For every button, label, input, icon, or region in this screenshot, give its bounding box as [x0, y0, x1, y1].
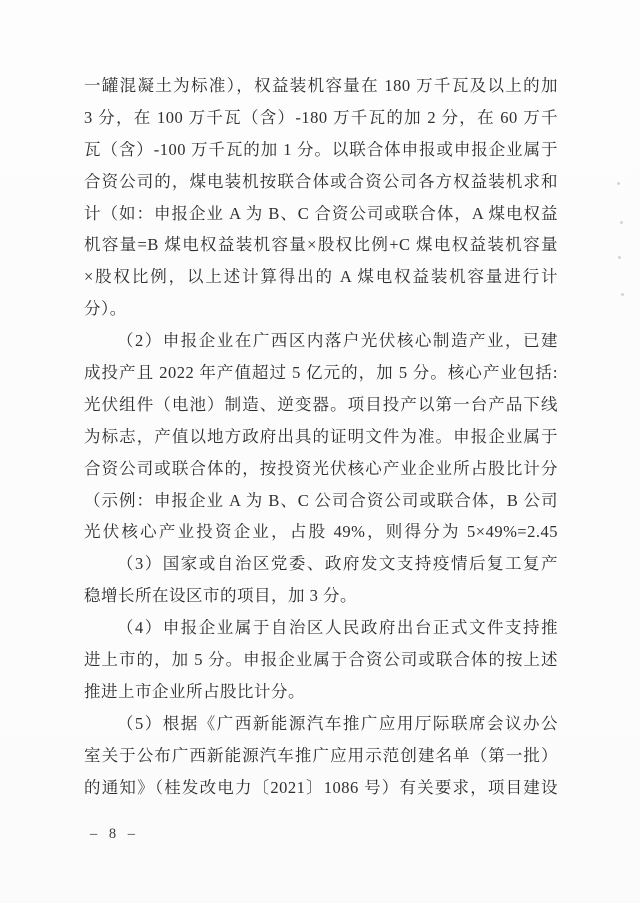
document-line: 合资公司的，煤电装机按联合体或合资公司各方权益装机求和: [84, 166, 558, 198]
document-line: （4）申报企业属于自治区人民政府出台正式文件支持推: [84, 612, 558, 644]
document-line: 成投产且 2022 年产值超过 5 亿元的，加 5 分。核心产业包括:: [84, 357, 558, 389]
document-line: 室关于公布广西新能源汽车推广应用示范创建名单（第一批）: [84, 740, 558, 772]
document-line: （示例：申报企业 A 为 B、C 公司合资公司或联合体，B 公司为: [84, 485, 558, 517]
document-line: （5）根据《广西新能源汽车推广应用厅际联席会议办公: [84, 708, 558, 740]
paragraph: （2）申报企业在广西区内落户光伏核心制造产业，已建成投产且 2022 年产值超过…: [84, 325, 558, 548]
paragraph: （5）根据《广西新能源汽车推广应用厅际联席会议办公室关于公布广西新能源汽车推广应…: [84, 708, 558, 804]
text-block: 一罐混凝土为标准），权益装机容量在 180 万千瓦及以上的加3 分，在 100 …: [84, 70, 558, 803]
scanned-document-page: 一罐混凝土为标准），权益装机容量在 180 万千瓦及以上的加3 分，在 100 …: [0, 0, 640, 903]
paragraph: 一罐混凝土为标准），权益装机容量在 180 万千瓦及以上的加3 分，在 100 …: [84, 70, 558, 325]
document-line: 光伏组件（电池）制造、逆变器。项目投产以第一台产品下线: [84, 389, 558, 421]
document-line: 合资公司或联合体的，按投资光伏核心产业企业所占股比计分: [84, 453, 558, 485]
document-line: 机容量=B 煤电权益装机容量×股权比例+C 煤电权益装机容量: [84, 229, 558, 261]
scan-speck: [621, 293, 624, 296]
document-line: 进上市的，加 5 分。申报企业属于合资公司或联合体的按上述: [84, 644, 558, 676]
document-line: 3 分，在 100 万千瓦（含）-180 万千瓦的加 2 分，在 60 万千: [84, 102, 558, 134]
paragraph: （3）国家或自治区党委、政府发文支持疫情后复工复产稳增长所在设区市的项目，加 3…: [84, 548, 558, 612]
document-line: 稳增长所在设区市的项目，加 3 分。: [84, 580, 558, 612]
document-line: 光伏核心产业投资企业，占股 49%，则得分为 5×49%=2.45 分）。: [84, 516, 558, 548]
document-line: （2）申报企业在广西区内落户光伏核心制造产业，已建: [84, 325, 558, 357]
document-line: 为标志，产值以地方政府出具的证明文件为准。申报企业属于: [84, 421, 558, 453]
scan-speck: [617, 182, 620, 185]
document-line: （3）国家或自治区党委、政府发文支持疫情后复工复产: [84, 548, 558, 580]
document-line: 计（如：申报企业 A 为 B、C 合资公司或联合体，A 煤电权益装: [84, 198, 558, 230]
scan-speck: [620, 221, 623, 224]
page-number: – 8 –: [90, 826, 139, 843]
paragraph: （4）申报企业属于自治区人民政府出台正式文件支持推进上市的，加 5 分。申报企业…: [84, 612, 558, 708]
document-line: ×股权比例，以上述计算得出的 A 煤电权益装机容量进行计: [84, 261, 558, 293]
document-line: 的通知》（桂发改电力〔2021〕1086 号）有关要求，项目建设: [84, 772, 558, 804]
document-line: 瓦（含）-100 万千瓦的加 1 分。以联合体申报或申报企业属于: [84, 134, 558, 166]
scan-speck: [618, 256, 621, 259]
document-line: 一罐混凝土为标准），权益装机容量在 180 万千瓦及以上的加: [84, 70, 558, 102]
document-line: 推进上市企业所占股比计分。: [84, 676, 558, 708]
document-line: 分）。: [84, 293, 558, 325]
